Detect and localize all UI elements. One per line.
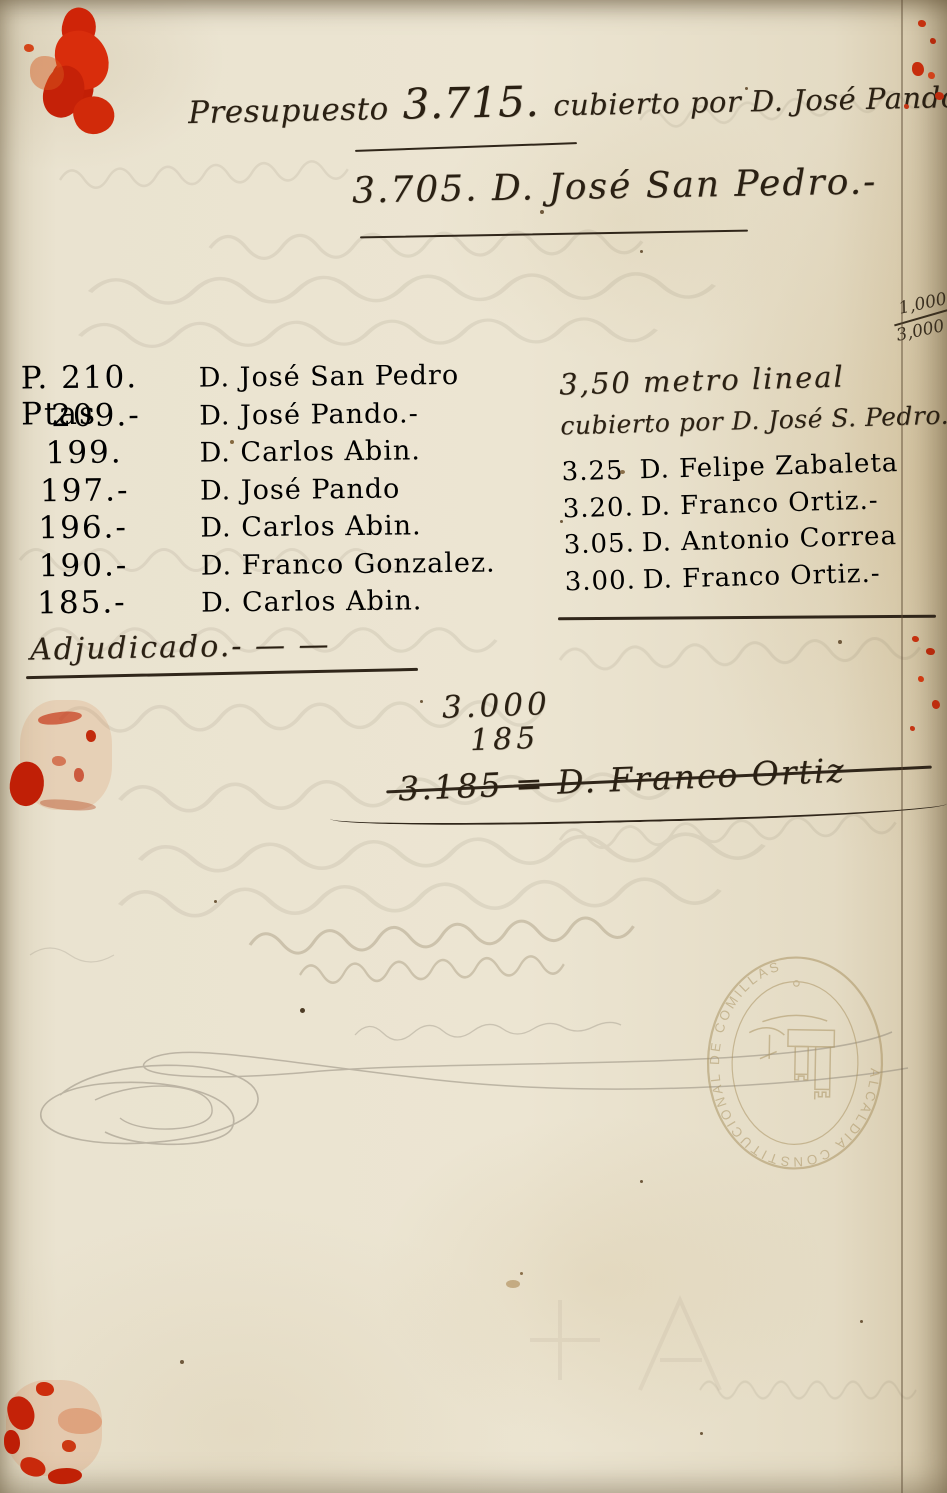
bid-amount: 199. xyxy=(21,434,199,472)
bid-name: D. Franco Ortiz.- xyxy=(640,485,879,522)
bid-amount: 3.25 xyxy=(561,455,640,487)
header-amount: 3.715. xyxy=(402,77,540,129)
bid-amount: 3.20. xyxy=(562,492,641,524)
manuscript-page: ALCALDIA CONSTITUCIONAL DE COMILLAS Pres… xyxy=(0,0,947,1493)
bid-list-left: P. 210. Ptas D. José San Pedro 209.- D. … xyxy=(21,356,497,623)
bid-amount: 185.- xyxy=(23,584,201,622)
header-word-presupuesto: Presupuesto xyxy=(188,91,389,131)
bid-amount: 209.- xyxy=(21,396,199,434)
bid-list-right: 3,50 metro lineal cubierto por D. José S… xyxy=(559,357,947,604)
bid-row: 197.- D. José Pando xyxy=(22,468,495,510)
page-fold-line xyxy=(901,0,903,1493)
bid-row: 185.- D. Carlos Abin. xyxy=(23,581,496,623)
bid-amount: 3.00. xyxy=(564,565,643,597)
bid-name: D. José Pando xyxy=(200,473,401,506)
bid-row: 196.- D. Carlos Abin. xyxy=(22,506,495,548)
bid-row: 199. D. Carlos Abin. xyxy=(21,431,494,473)
bid-amount: 197.- xyxy=(22,471,200,509)
bid-row: 209.- D. José Pando.- xyxy=(21,393,494,435)
header-covered-by: cubierto por D. José Pando. xyxy=(553,80,947,123)
adjudicado-note: Adjudicado.- — — xyxy=(30,627,331,667)
municipal-oval-stamp: ALCALDIA CONSTITUCIONAL DE COMILLAS xyxy=(700,950,890,1175)
bid-name: D. Franco Ortiz.- xyxy=(642,558,881,595)
bid-name: D. José San Pedro xyxy=(199,360,460,394)
bid-amount: 190.- xyxy=(23,546,201,584)
bid-name: D. Franco Gonzalez. xyxy=(201,547,496,581)
bid-name: D. Carlos Abin. xyxy=(201,585,423,618)
bid-row: 190.- D. Franco Gonzalez. xyxy=(23,543,496,585)
bid-amount: 196.- xyxy=(22,509,200,547)
bid-name: D. Felipe Zabaleta xyxy=(639,448,898,485)
bid-amount: 3.05. xyxy=(563,528,642,560)
sum-addend-2: 185 xyxy=(469,721,539,758)
bid-name: D. Antonio Correa xyxy=(641,521,897,558)
bid-name: D. José Pando.- xyxy=(199,398,419,431)
bid-row: P. 210. Ptas D. José San Pedro xyxy=(21,356,494,398)
bid-name: D. Carlos Abin. xyxy=(200,510,422,543)
